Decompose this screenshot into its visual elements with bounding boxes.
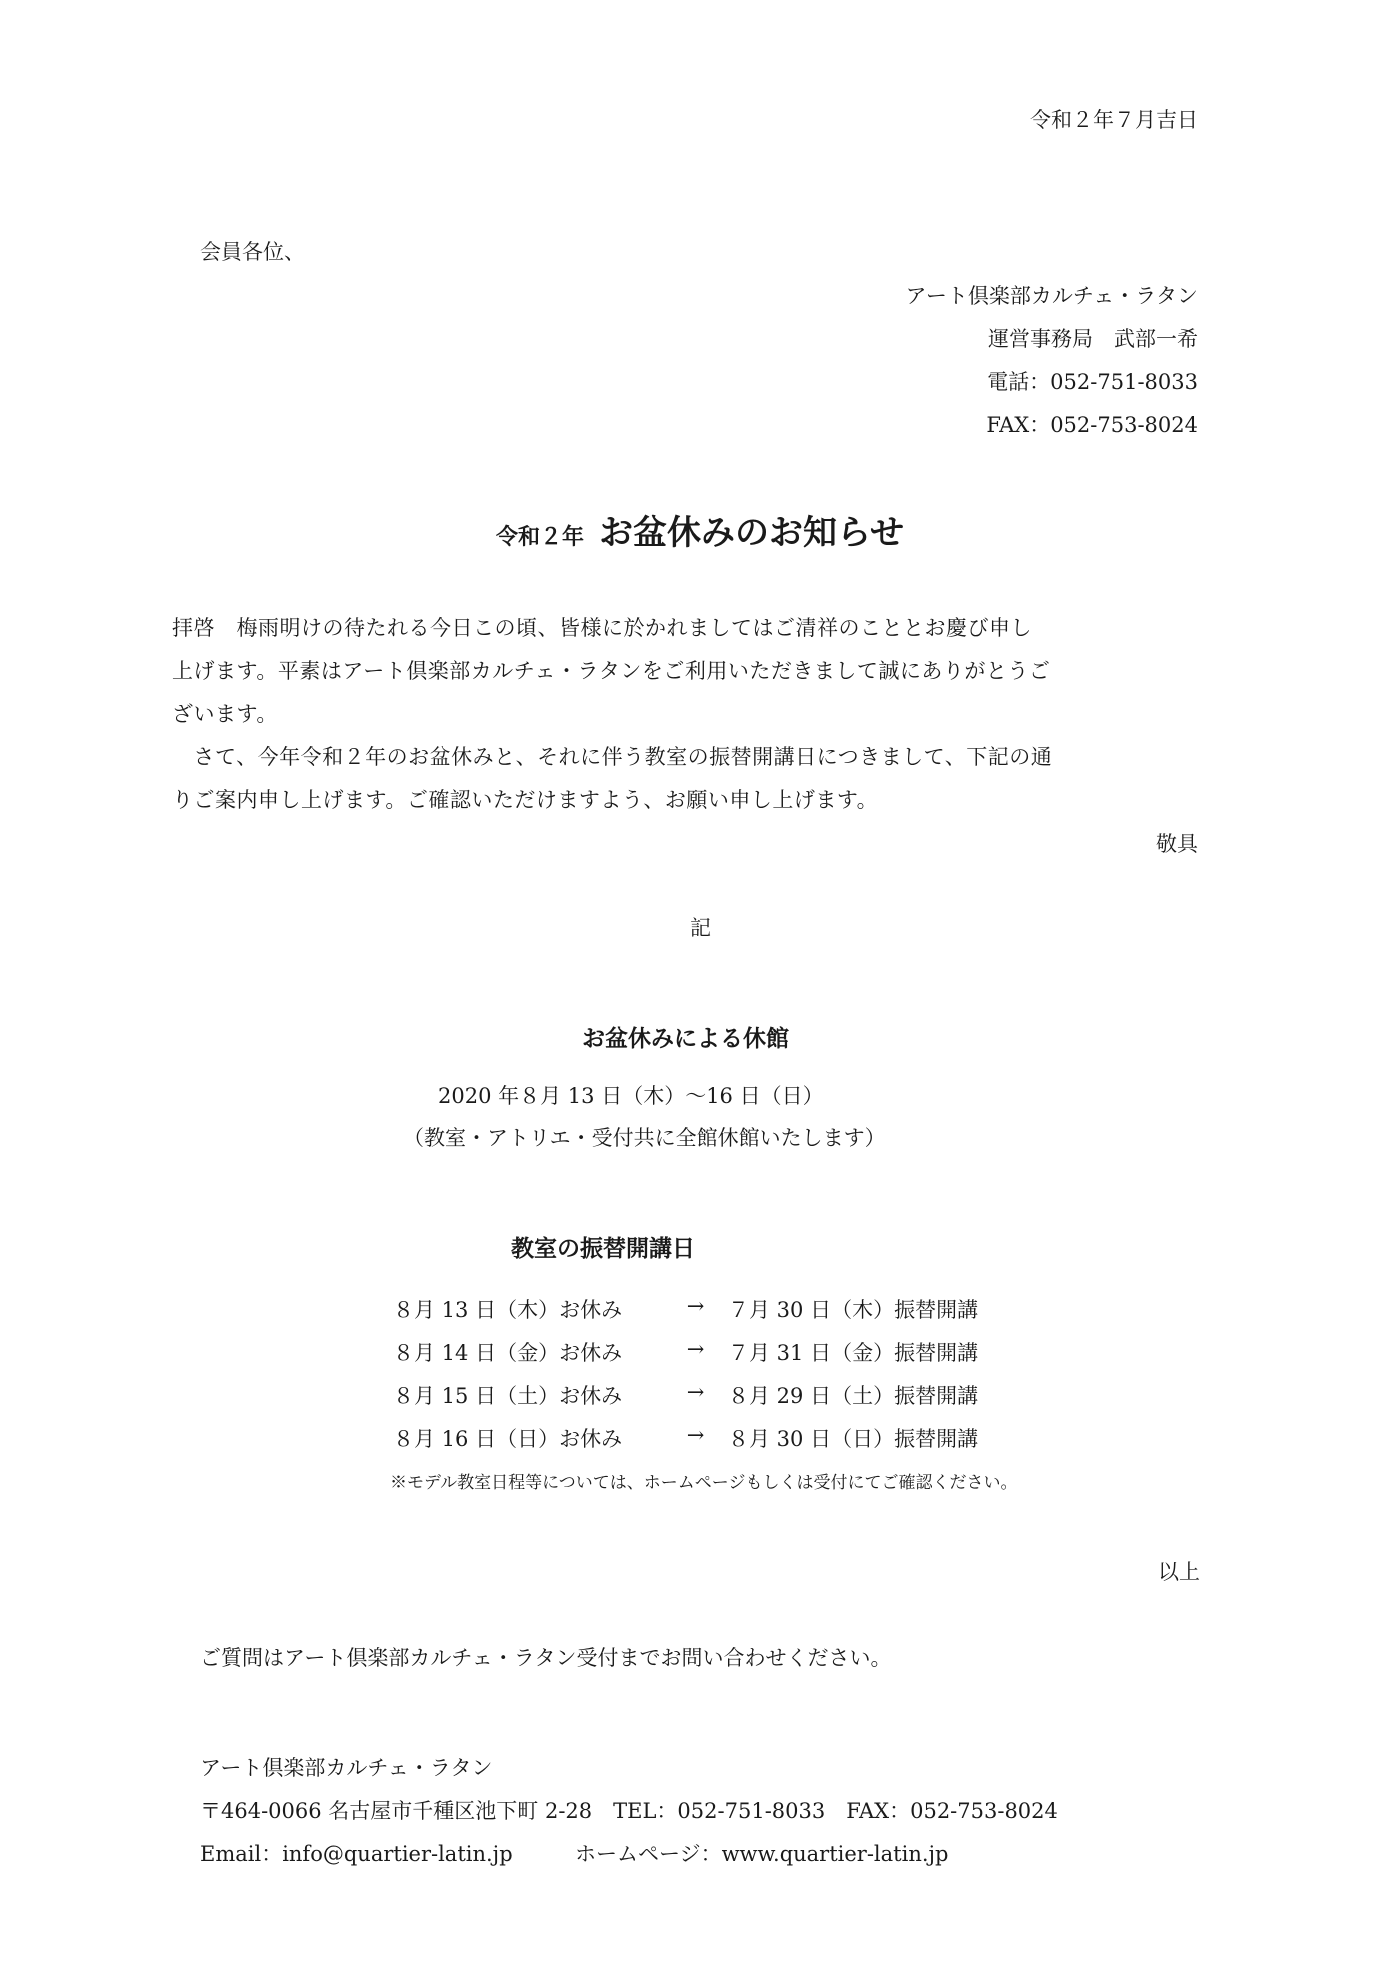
recipient: 会員各位、 (200, 236, 305, 266)
makeup-day: ７月 31 日（金）振替開講 (728, 1337, 978, 1367)
makeup-day: ７月 30 日（木）振替開講 (728, 1294, 978, 1324)
para1-line1: 拝啓 梅雨明けの待たれる今日この頃、皆様に於かれましてはご清祥のこととお慶び申し (172, 612, 1032, 642)
arrow-right-icon: → (663, 1380, 728, 1410)
footer-address: 〒464-0066 名古屋市千種区池下町 2-28 TEL：052-751-80… (200, 1795, 1058, 1825)
makeup-day: ８月 30 日（日）振替開講 (728, 1423, 978, 1453)
page-title: 令和２年 お盆休みのお知らせ (0, 505, 1400, 554)
makeup-row: ８月 15 日（土）お休み → ８月 29 日（土）振替開講 (393, 1380, 978, 1410)
document-date: 令和２年７月吉日 (1030, 104, 1198, 134)
closure-heading: お盆休みによる休館 (582, 1020, 789, 1053)
sender-person: 運営事務局 武部一希 (988, 323, 1198, 353)
makeup-row: ８月 16 日（日）お休み → ８月 30 日（日）振替開講 (393, 1423, 978, 1453)
off-day: ８月 16 日（日）お休み (393, 1423, 663, 1453)
title-main: お盆休みのお知らせ (599, 513, 904, 553)
footer-homepage: ホームページ：www.quartier-latin.jp (575, 1838, 948, 1868)
sender-fax: FAX：052-753-8024 (986, 409, 1198, 439)
off-day: ８月 13 日（木）お休み (393, 1294, 663, 1324)
makeup-row: ８月 13 日（木）お休み → ７月 30 日（木）振替開講 (393, 1294, 978, 1324)
off-day: ８月 14 日（金）お休み (393, 1337, 663, 1367)
closing-keigu: 敬具 (1156, 828, 1198, 858)
ijou-marker: 以上 (1158, 1556, 1200, 1586)
off-day: ８月 15 日（土）お休み (393, 1380, 663, 1410)
title-prefix: 令和２年 (496, 525, 584, 550)
arrow-right-icon: → (663, 1423, 728, 1453)
makeup-day: ８月 29 日（土）振替開講 (728, 1380, 978, 1410)
ki-marker: 記 (690, 912, 711, 942)
arrow-right-icon: → (663, 1294, 728, 1324)
sender-tel: 電話：052-751-8033 (987, 366, 1198, 396)
para2-line1: さて、今年令和２年のお盆休みと、それに伴う教室の振替開講日につきまして、下記の通 (172, 741, 1052, 771)
closure-note: （教室・アトリエ・受付共に全館休館いたします） (403, 1122, 886, 1152)
arrow-right-icon: → (663, 1337, 728, 1367)
makeup-heading: 教室の振替開講日 (511, 1230, 695, 1263)
sender-org: アート倶楽部カルチェ・ラタン (905, 280, 1198, 310)
para2-line2: りご案内申し上げます。ご確認いただけますよう、お願い申し上げます。 (172, 784, 878, 814)
footer-email: Email：info@quartier-latin.jp (200, 1838, 513, 1868)
makeup-row: ８月 14 日（金）お休み → ７月 31 日（金）振替開講 (393, 1337, 978, 1367)
inquiry-text: ご質問はアート倶楽部カルチェ・ラタン受付までお問い合わせください。 (200, 1642, 892, 1672)
para1-line2: 上げます。平素はアート倶楽部カルチェ・ラタンをご利用いただきまして誠にありがとう… (172, 655, 1050, 685)
closure-dates: 2020 年８月 13 日（木）～16 日（日） (438, 1080, 824, 1110)
footer-org: アート倶楽部カルチェ・ラタン (200, 1752, 493, 1782)
para1-line3: ざいます。 (172, 698, 278, 728)
makeup-footnote: ※モデル教室日程等については、ホームページもしくは受付にてご確認ください。 (390, 1468, 1017, 1493)
